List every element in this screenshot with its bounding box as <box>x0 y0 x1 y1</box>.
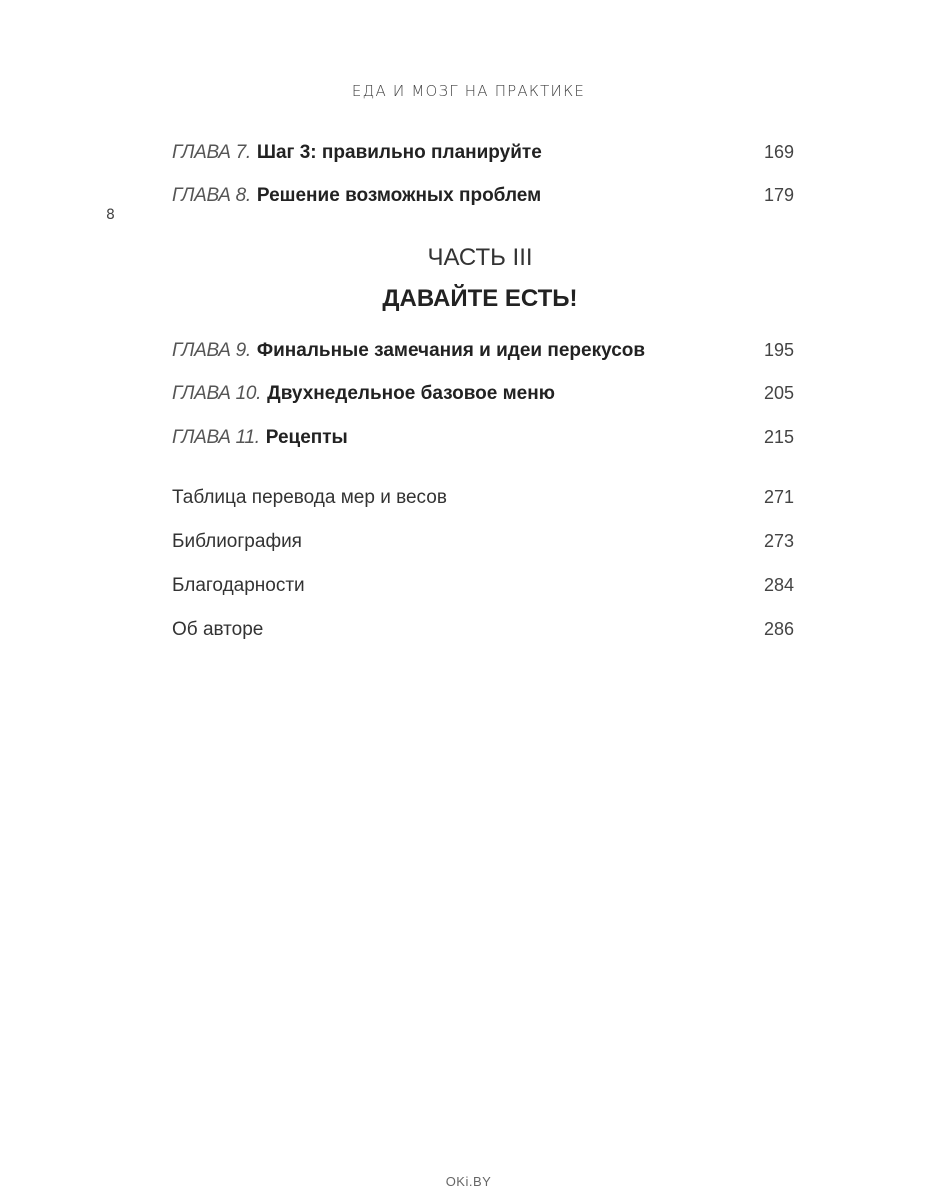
page-ref: 205 <box>764 383 794 404</box>
page-ref: 271 <box>764 487 794 508</box>
chapter-title: Рецепты <box>266 427 348 448</box>
watermark: OKi.BY <box>0 1174 937 1189</box>
chapter-title: Двухнедельное базовое меню <box>267 383 555 404</box>
chapter-title: Шаг 3: правильно планируйте <box>257 142 542 163</box>
page-ref: 195 <box>764 340 794 361</box>
page-ref: 284 <box>764 575 794 596</box>
chapter-label: ГЛАВА 7. <box>172 142 251 163</box>
toc-entry-bibliography[interactable]: Библиография 273 <box>172 531 794 561</box>
page-ref: 179 <box>764 185 794 206</box>
entry-title: Таблица перевода мер и весов <box>172 487 447 509</box>
part-title: ДАВАЙТЕ ЕСТЬ! <box>0 285 937 313</box>
toc-entry-chapter-8[interactable]: ГЛАВА 8. Решение возможных проблем 179 <box>172 184 794 214</box>
chapter-title: Финальные замечания и идеи перекусов <box>257 340 645 361</box>
toc-entry-about-author[interactable]: Об авторе 286 <box>172 619 794 649</box>
toc-entry-acknowledgements[interactable]: Благодарности 284 <box>172 575 794 605</box>
entry-title: Об авторе <box>172 619 263 641</box>
chapter-label: ГЛАВА 8. <box>172 185 251 206</box>
running-head: ЕДА И МОЗГ НА ПРАКТИКЕ <box>0 82 937 100</box>
toc-entry-chapter-7[interactable]: ГЛАВА 7. Шаг 3: правильно планируйте 169 <box>172 141 794 171</box>
chapter-label: ГЛАВА 10. <box>172 383 261 404</box>
chapter-label: ГЛАВА 9. <box>172 340 251 361</box>
part-label: ЧАСТЬ III <box>0 244 937 272</box>
toc-entry-chapter-11[interactable]: ГЛАВА 11. Рецепты 215 <box>172 426 794 456</box>
chapter-label: ГЛАВА 11. <box>172 427 260 448</box>
page-ref: 169 <box>764 142 794 163</box>
page-number: 8 <box>106 207 115 223</box>
toc-entry-chapter-9[interactable]: ГЛАВА 9. Финальные замечания и идеи пере… <box>172 339 794 369</box>
page-ref: 273 <box>764 531 794 552</box>
entry-title: Библиография <box>172 531 302 553</box>
entry-title: Благодарности <box>172 575 305 597</box>
toc-entry-chapter-10[interactable]: ГЛАВА 10. Двухнедельное базовое меню 205 <box>172 382 794 412</box>
page-ref: 215 <box>764 427 794 448</box>
toc-entry-conversion-table[interactable]: Таблица перевода мер и весов 271 <box>172 487 794 517</box>
page-ref: 286 <box>764 619 794 640</box>
chapter-title: Решение возможных проблем <box>257 185 541 206</box>
